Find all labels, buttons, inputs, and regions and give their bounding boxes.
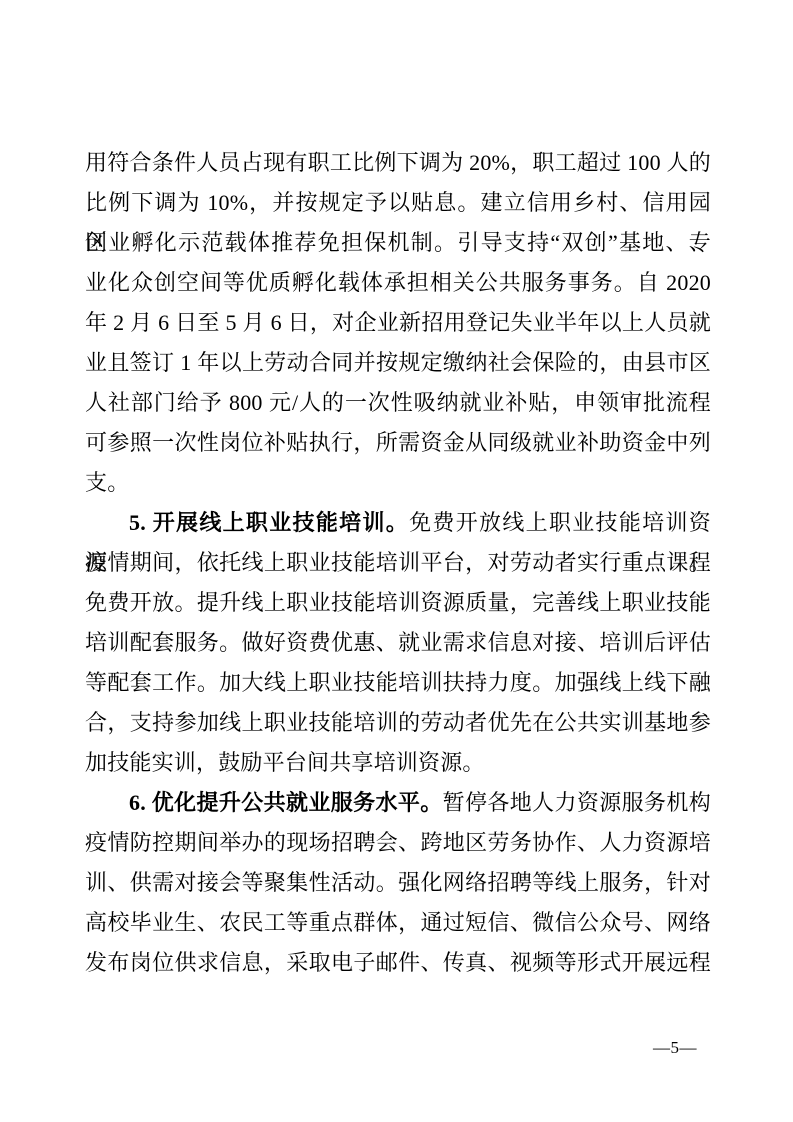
text-line: 合，支持参加线上职业技能培训的劳动者优先在公共实训基地参: [85, 703, 711, 743]
text-line-paragraph-end: 加技能实训，鼓励平台间共享培训资源。: [85, 743, 711, 783]
text-line-section-5-heading: 5. 开展线上职业技能培训。免费开放线上职业技能培训资源。: [85, 503, 711, 543]
line-text: 培训配套服务。做好资费优惠、就业需求信息对接、培训后评估: [85, 630, 711, 655]
section-5-heading: 5. 开展线上职业技能培训。: [129, 510, 409, 535]
text-line-section-6-heading: 6. 优化提升公共就业服务水平。暂停各地人力资源服务机构: [85, 783, 711, 823]
line-text: 等配套工作。加大线上职业技能培训扶持力度。加强线上线下融: [85, 670, 711, 695]
text-line: 等配套工作。加大线上职业技能培训扶持力度。加强线上线下融: [85, 663, 711, 703]
text-line: 创业孵化示范载体推荐免担保机制。引导支持“双创”基地、专: [85, 223, 711, 263]
section-6-heading: 6. 优化提升公共就业服务水平。: [129, 790, 443, 815]
text-line: 疫情期间，依托线上职业技能培训平台，对劳动者实行重点课程: [85, 543, 711, 583]
line-text: 免费开放。提升线上职业技能培训资源质量，完善线上职业技能: [85, 590, 711, 615]
line-text: 高校毕业生、农民工等重点群体，通过短信、微信公众号、网络: [85, 910, 711, 935]
text-line: 免费开放。提升线上职业技能培训资源质量，完善线上职业技能: [85, 583, 711, 623]
line-text: 年 2 月 6 日至 5 月 6 日，对企业新招用登记失业半年以上人员就: [85, 310, 711, 335]
text-line: 培训配套服务。做好资费优惠、就业需求信息对接、培训后评估: [85, 623, 711, 663]
text-line: 高校毕业生、农民工等重点群体，通过短信、微信公众号、网络: [85, 903, 711, 943]
text-line: 用符合条件人员占现有职工比例下调为 20%，职工超过 100 人的: [85, 143, 711, 183]
line-text: 支。: [85, 470, 129, 495]
body-text: 用符合条件人员占现有职工比例下调为 20%，职工超过 100 人的 比例下调为 …: [85, 143, 711, 983]
text-line: 发布岗位供求信息，采取电子邮件、传真、视频等形式开展远程: [85, 943, 711, 983]
document-page: 用符合条件人员占现有职工比例下调为 20%，职工超过 100 人的 比例下调为 …: [0, 0, 793, 1122]
line-text: 发布岗位供求信息，采取电子邮件、传真、视频等形式开展远程: [85, 950, 711, 975]
line-text: 可参照一次性岗位补贴执行，所需资金从同级就业补助资金中列: [85, 430, 711, 455]
line-text: 业且签订 1 年以上劳动合同并按规定缴纳社会保险的，由县市区: [85, 350, 711, 375]
text-line: 可参照一次性岗位补贴执行，所需资金从同级就业补助资金中列: [85, 423, 711, 463]
text-line: 比例下调为 10%，并按规定予以贴息。建立信用乡村、信用园区、: [85, 183, 711, 223]
line-text: 合，支持参加线上职业技能培训的劳动者优先在公共实训基地参: [85, 710, 711, 735]
line-text: 人社部门给予 800 元/人的一次性吸纳就业补贴，申领审批流程: [85, 390, 711, 415]
line-text: 创业孵化示范载体推荐免担保机制。引导支持“双创”基地、专: [85, 230, 711, 255]
line-text: 加技能实训，鼓励平台间共享培训资源。: [85, 750, 485, 775]
text-line: 业化众创空间等优质孵化载体承担相关公共服务事务。自 2020: [85, 263, 711, 303]
line-text: 疫情期间，依托线上职业技能培训平台，对劳动者实行重点课程: [85, 550, 711, 575]
text-line: 人社部门给予 800 元/人的一次性吸纳就业补贴，申领审批流程: [85, 383, 711, 423]
text-line: 业且签订 1 年以上劳动合同并按规定缴纳社会保险的，由县市区: [85, 343, 711, 383]
text-line: 疫情防控期间举办的现场招聘会、跨地区劳务协作、人力资源培: [85, 823, 711, 863]
text-line: 训、供需对接会等聚集性活动。强化网络招聘等线上服务，针对: [85, 863, 711, 903]
text-line-paragraph-end: 支。: [85, 463, 711, 503]
line-text: 疫情防控期间举办的现场招聘会、跨地区劳务协作、人力资源培: [85, 830, 711, 855]
line-text: 用符合条件人员占现有职工比例下调为 20%，职工超过 100 人的: [85, 150, 711, 175]
line-text: 暂停各地人力资源服务机构: [443, 790, 711, 815]
page-number: —5—: [85, 1036, 711, 1060]
text-line: 年 2 月 6 日至 5 月 6 日，对企业新招用登记失业半年以上人员就: [85, 303, 711, 343]
line-text: 训、供需对接会等聚集性活动。强化网络招聘等线上服务，针对: [85, 870, 711, 895]
line-text: 业化众创空间等优质孵化载体承担相关公共服务事务。自 2020: [85, 270, 711, 295]
